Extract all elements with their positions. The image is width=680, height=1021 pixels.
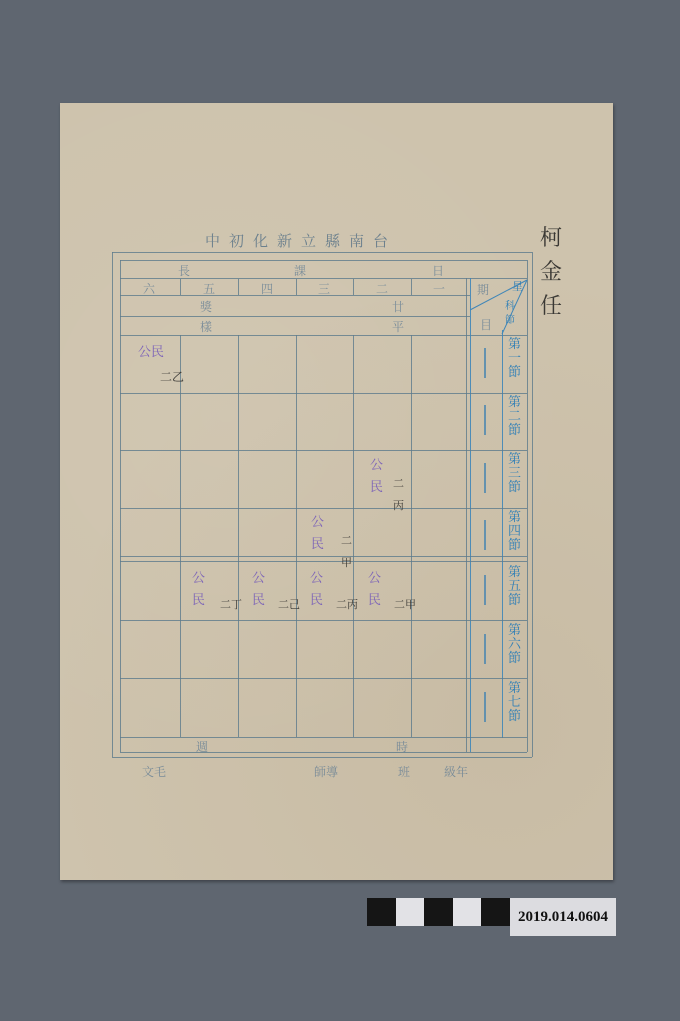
weekday-1: 一 <box>433 280 445 297</box>
outer-border-bottom <box>112 757 532 758</box>
entry-class: 二甲 <box>394 594 416 616</box>
entry-class: 二丙 <box>393 473 405 517</box>
weekday-6: 六 <box>143 280 155 297</box>
weekday-2: 二 <box>376 280 388 297</box>
entry-class: 二丁 <box>220 594 242 616</box>
scale-block-white <box>396 898 425 926</box>
weekday-tick <box>238 279 239 295</box>
catalog-number-tag: 2019.014.0604 <box>510 898 616 936</box>
grid-row-line <box>120 737 527 738</box>
period-1: 第一節 <box>508 338 524 380</box>
schedule-entry: 公民 <box>138 342 178 364</box>
header-left-char: 長 <box>178 262 190 279</box>
period-3: 第三節 <box>508 453 524 495</box>
grid-row-line-lunch-top <box>120 556 527 557</box>
weekday-divider <box>120 295 470 296</box>
weekday-tick <box>411 279 412 295</box>
time-row1-right: 廿 <box>392 298 404 315</box>
entry-class: 二己 <box>278 594 300 616</box>
outer-border-right <box>532 252 533 757</box>
grid-row-line <box>120 508 527 509</box>
schedule-entry: 公民 <box>310 568 326 612</box>
entry-class: 二甲 <box>341 530 353 574</box>
grid-row-line <box>120 450 527 451</box>
grid-col-line <box>411 335 412 737</box>
outer-border-top <box>112 252 532 253</box>
footer-row-right: 時 <box>396 738 408 755</box>
time-row2-right: 平 <box>392 318 404 335</box>
entry-subject: 公民 <box>138 342 178 364</box>
time-col-left <box>466 278 467 752</box>
period-4: 第四節 <box>508 511 524 553</box>
footer-grade-label: 級年 <box>444 763 468 780</box>
entry-subject: 公民 <box>252 568 268 612</box>
footer-signature: 文毛 <box>142 763 166 780</box>
teacher-name: 柯金任 <box>540 222 570 324</box>
schedule-entry: 公民 <box>192 568 208 612</box>
scale-block-black <box>424 898 453 926</box>
schedule-entry: 公民 <box>368 568 384 612</box>
schedule-entry: 公民 <box>252 568 268 612</box>
period-5: 第五節 <box>508 566 524 608</box>
period-2: 第二節 <box>508 396 524 438</box>
time-row2-left: 樣 <box>200 318 212 335</box>
time-dash <box>484 634 486 664</box>
weekday-tick <box>180 279 181 295</box>
color-scale-bar <box>367 898 510 926</box>
period-6: 第六節 <box>508 624 524 666</box>
schedule-entry: 公民 <box>370 455 386 499</box>
footer-class-label: 班 <box>398 763 410 780</box>
entry-subject: 公民 <box>311 512 327 556</box>
weekday-4: 四 <box>261 280 273 297</box>
entry-subject: 公民 <box>310 568 326 612</box>
period-col-left <box>502 330 503 738</box>
time-dash <box>484 520 486 550</box>
grid-row-line <box>120 393 527 394</box>
scale-block-black <box>481 898 510 926</box>
footer-teacher-label: 師導 <box>314 763 338 780</box>
outer-border-left <box>112 252 113 757</box>
entry-subject: 公民 <box>192 568 208 612</box>
weekday-tick <box>353 279 354 295</box>
entry-class: 二丙 <box>336 594 358 616</box>
time-col-left-ink <box>470 278 471 752</box>
grid-row-line <box>120 678 527 679</box>
header-right-char: 日 <box>432 262 444 279</box>
grid-col-line <box>296 335 297 737</box>
grid-col-line <box>238 335 239 737</box>
weekday-5: 五 <box>203 280 215 297</box>
corner-label-bottom: 科節 <box>505 300 519 328</box>
entry-subject: 公民 <box>368 568 384 612</box>
scale-block-white <box>453 898 482 926</box>
school-title: 中初化新立縣南台 <box>205 230 397 251</box>
time-dash <box>484 405 486 435</box>
entry-class: 二乙 <box>160 366 184 388</box>
weekday-3: 三 <box>318 280 330 297</box>
inner-border-top <box>120 260 527 261</box>
grid-col-line <box>353 335 354 737</box>
header-center-char: 課 <box>294 262 306 279</box>
grid-row-line-lunch-bottom <box>120 561 527 562</box>
time-dash <box>484 463 486 493</box>
time-dash <box>484 348 486 378</box>
period-7: 第七節 <box>508 682 524 724</box>
footer-row-left: 週 <box>196 738 208 755</box>
inner-border-bottom <box>120 752 527 753</box>
time-row1-left: 獎 <box>200 298 212 315</box>
time-dash <box>484 575 486 605</box>
grid-row-line <box>120 620 527 621</box>
scale-block-black <box>367 898 396 926</box>
weekday-tick <box>296 279 297 295</box>
time-dash <box>484 692 486 722</box>
grid-col-line <box>180 335 181 737</box>
corner-label-top: 星 <box>512 280 523 294</box>
schedule-entry: 公民 <box>311 512 327 556</box>
time-divider <box>120 316 470 317</box>
entry-subject: 公民 <box>370 455 386 499</box>
